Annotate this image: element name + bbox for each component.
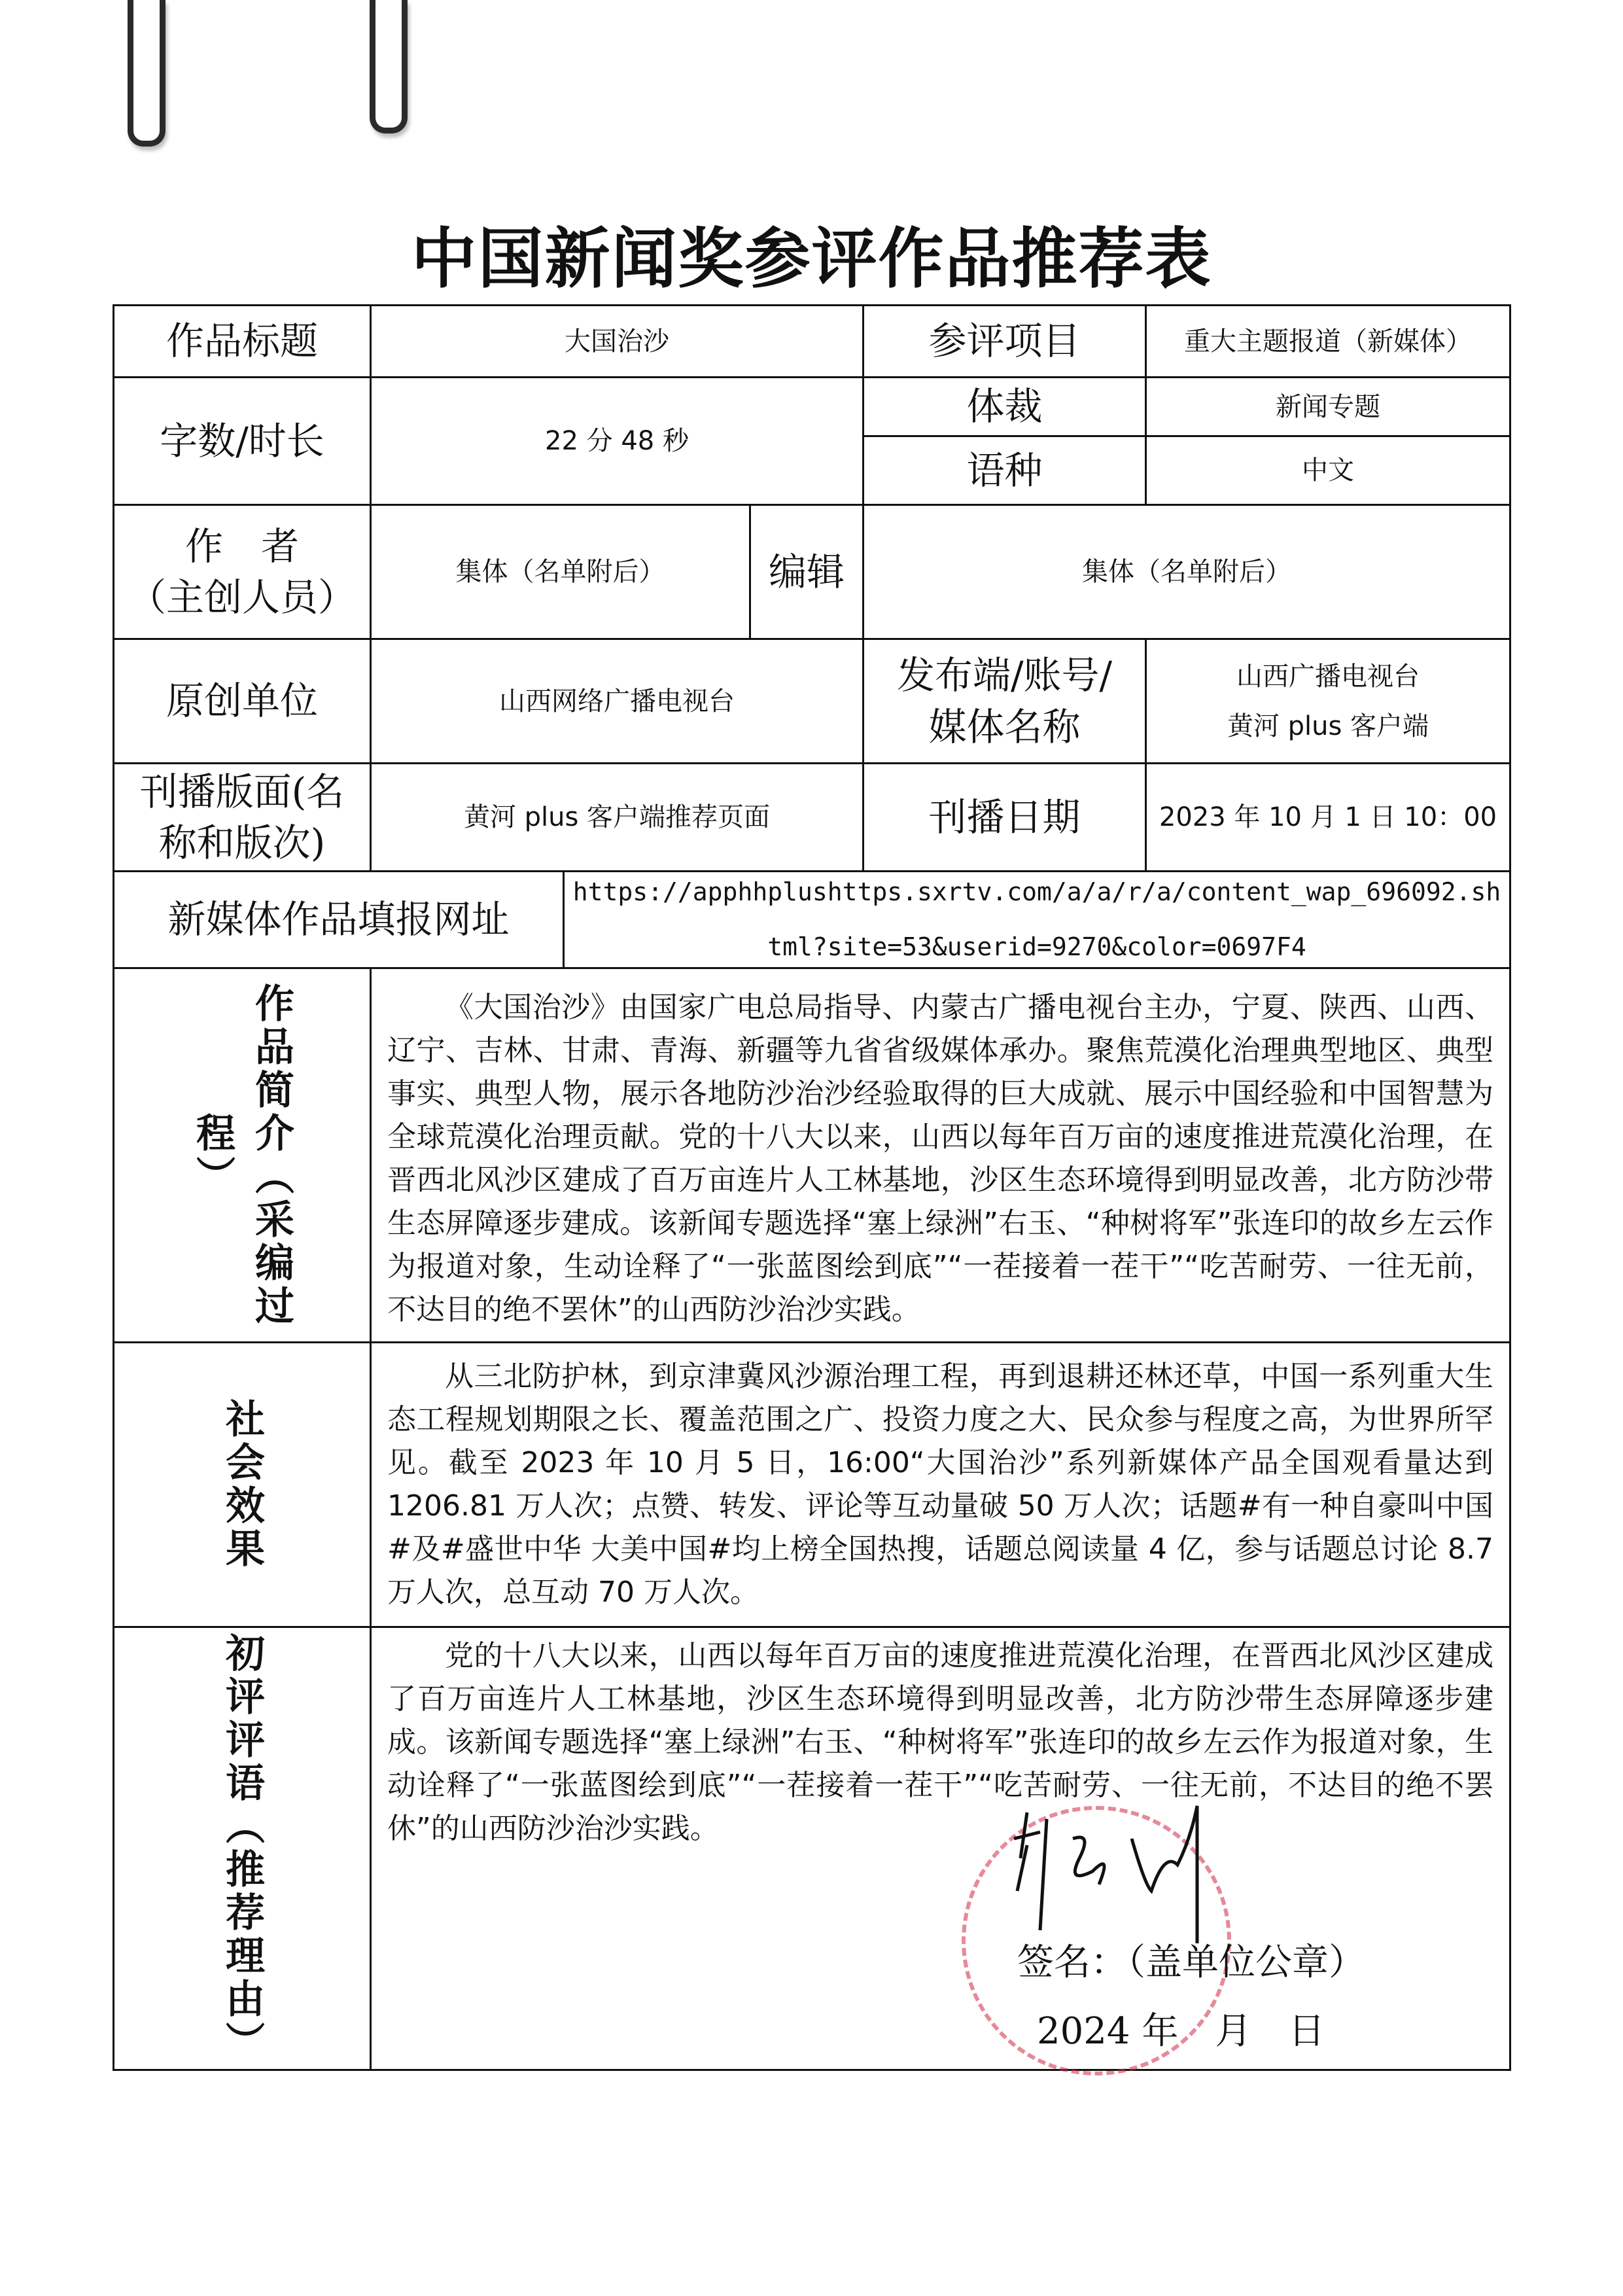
label-text: 媒体名称 [928, 701, 1080, 752]
genre-label: 体裁 [862, 376, 1147, 437]
url-text[interactable]: tml?site=53&userid=9270&color=0697F4 [767, 920, 1306, 975]
url-value[interactable]: https://apphhplushttps.sxrtv.com/a/a/r/a… [563, 870, 1511, 969]
page-value: 黄河 plus 客户端推荐页面 [370, 762, 864, 872]
value-text: 集体（名单附后） [456, 547, 665, 597]
recommendation-text: 党的十八大以来，山西以每年百万亩的速度推进荒漠化治理，在晋西北风沙区建成了百万亩… [372, 1628, 1509, 1850]
category-value: 重大主题报道（新媒体） [1145, 304, 1511, 378]
label-text: 称和版次) [159, 817, 326, 868]
origin-unit-label: 原创单位 [113, 638, 372, 764]
label-text: 初评评语（推荐理由） [213, 1633, 271, 2064]
recommendation-label: 初评评语（推荐理由） [113, 1626, 372, 2071]
label-text: 作 者 [185, 521, 299, 572]
label-text: 字数/时长 [160, 415, 324, 467]
broadcast-date-value: 2023 年 10 月 1 日 10：00 [1145, 762, 1511, 872]
signature-date: 2024 年 月 日 [1037, 2002, 1325, 2055]
paperclip-icon [128, 0, 167, 144]
value-text: 2023 年 10 月 1 日 10：00 [1159, 792, 1497, 842]
language-label: 语种 [862, 435, 1147, 506]
label-text: 作品简介（采编过程） [183, 969, 301, 1341]
value-text: 山西网络广播电视台 [499, 677, 735, 726]
label-text: 刊播日期 [928, 792, 1080, 843]
label-text: 刊播版面(名 [140, 766, 345, 817]
value-text: 新闻专题 [1276, 382, 1380, 432]
value-text: 22 分 48 秒 [545, 416, 689, 466]
url-label: 新媒体作品填报网址 [113, 870, 565, 969]
work-title-value: 大国治沙 [370, 304, 864, 378]
publisher-label: 发布端/账号/ 媒体名称 [862, 638, 1147, 764]
label-text: 社会效果 [213, 1398, 271, 1571]
summary-cell: 《大国治沙》由国家广电总局指导、内蒙古广播电视台主办，宁夏、陕西、山西、辽宁、吉… [370, 967, 1511, 1343]
summary-text: 《大国治沙》由国家广电总局指导、内蒙古广播电视台主办，宁夏、陕西、山西、辽宁、吉… [372, 969, 1509, 1332]
label-text: 语种 [966, 445, 1042, 496]
label-text: 新媒体作品填报网址 [167, 894, 509, 945]
recommendation-cell: 党的十八大以来，山西以每年百万亩的速度推进荒漠化治理，在晋西北风沙区建成了百万亩… [370, 1626, 1511, 2071]
document-title: 中国新闻奖参评作品推荐表 [0, 206, 1623, 300]
label-text: 参评项目 [928, 315, 1080, 366]
value-text: 黄河 plus 客户端推荐页面 [464, 792, 770, 842]
broadcast-date-label: 刊播日期 [862, 762, 1147, 872]
label-text: （主创人员） [128, 572, 356, 623]
value-text: 集体（名单附后） [1082, 547, 1291, 597]
value-text: 大国治沙 [565, 317, 669, 366]
work-title-label: 作品标题 [113, 304, 372, 378]
genre-value: 新闻专题 [1145, 376, 1511, 437]
publisher-value: 山西广播电视台 黄河 plus 客户端 [1145, 638, 1511, 764]
category-label: 参评项目 [862, 304, 1147, 378]
url-text[interactable]: https://apphhplushttps.sxrtv.com/a/a/r/a… [573, 865, 1501, 920]
value-text: 山西广播电视台 [1236, 652, 1420, 701]
label-text: 编辑 [769, 546, 845, 597]
value-text: 黄河 plus 客户端 [1227, 701, 1429, 751]
label-text: 作品标题 [166, 315, 318, 366]
social-effect-label: 社会效果 [113, 1341, 372, 1628]
origin-unit-value: 山西网络广播电视台 [370, 638, 864, 764]
editor-value: 集体（名单附后） [862, 504, 1511, 640]
handwritten-signature [1001, 1799, 1230, 1943]
paperclip-icon [370, 0, 409, 131]
author-label: 作 者 （主创人员） [113, 504, 372, 640]
social-effect-text: 从三北防护林，到京津冀风沙源治理工程，再到退耕还林还草，中国一系列重大生态工程规… [372, 1343, 1509, 1614]
value-text: 中文 [1302, 446, 1354, 495]
page-label: 刊播版面(名 称和版次) [113, 762, 372, 872]
label-text: 原创单位 [166, 675, 318, 726]
value-text: 重大主题报道（新媒体） [1184, 317, 1472, 366]
social-effect-cell: 从三北防护林，到京津冀风沙源治理工程，再到退耕还林还草，中国一系列重大生态工程规… [370, 1341, 1511, 1628]
author-value: 集体（名单附后） [370, 504, 751, 640]
language-value: 中文 [1145, 435, 1511, 506]
length-value: 22 分 48 秒 [370, 376, 864, 506]
summary-label: 作品简介（采编过程） [113, 967, 372, 1343]
label-text: 体裁 [966, 381, 1042, 432]
length-label: 字数/时长 [113, 376, 372, 506]
signature-label: 签名：（盖单位公章） [1017, 1934, 1365, 1986]
editor-label: 编辑 [749, 504, 864, 640]
label-text: 发布端/账号/ [897, 650, 1112, 701]
